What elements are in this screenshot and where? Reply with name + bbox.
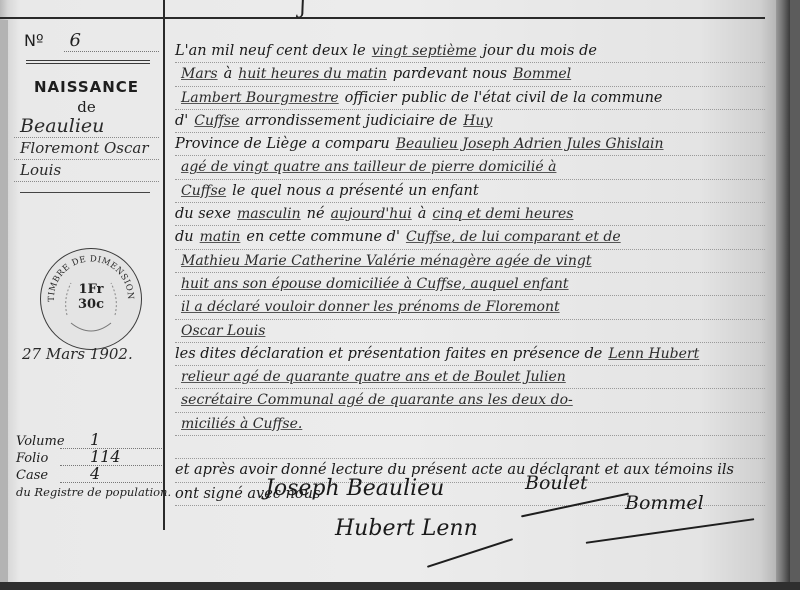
body-line: Mathieu Marie Catherine Valérie ménagère… <box>175 250 765 273</box>
naissance-heading: NAISSANCE <box>14 78 159 96</box>
printed-text: Province de Liège a comparu <box>175 136 390 152</box>
record-number: Nº 6 <box>24 30 159 52</box>
surname: Beaulieu <box>14 116 159 138</box>
body-line: d'Cuffsearrondissement judiciaire deHuy <box>175 110 765 133</box>
registry-row: Volume 1 <box>16 432 162 449</box>
stamp-value: 1Fr 30c <box>41 282 141 312</box>
handwritten-text: Mathieu Marie Catherine Valérie ménagère… <box>181 253 592 269</box>
registry-label: Case <box>16 468 60 483</box>
number-value: 6 <box>64 30 159 52</box>
handwritten-text: agé de vingt quatre ans tailleur de pier… <box>181 159 556 175</box>
handwritten-text: Cuffse, de lui comparant et de <box>406 229 621 245</box>
body-line: agé de vingt quatre ans tailleur de pier… <box>175 156 765 179</box>
handwritten-text: cinq et demi heures <box>432 206 573 222</box>
registry-value: 4 <box>60 466 162 483</box>
de-label: de <box>14 98 159 116</box>
printed-text: à <box>418 206 427 222</box>
handwritten-text: aujourd'hui <box>331 206 412 222</box>
handwritten-text: miciliés à Cuffse. <box>181 416 302 432</box>
printed-text: du sexe <box>175 206 231 222</box>
body-line: dumatinen cette commune d'Cuffse, de lui… <box>175 226 765 249</box>
handwritten-text: Mars <box>181 66 218 82</box>
signature-officer: Bommel <box>625 492 704 514</box>
body-line: L'an mil neuf cent deux levingt septième… <box>175 40 765 63</box>
registry-value: 114 <box>60 449 162 466</box>
bottom-edge <box>0 582 800 590</box>
handwritten-text: huit ans son épouse domiciliée à Cuffse,… <box>181 276 569 292</box>
handwritten-text: Beaulieu Joseph Adrien Jules Ghislain <box>396 136 664 152</box>
signature-witness-boulet: Boulet <box>525 472 588 494</box>
registry-label: Volume <box>16 434 60 449</box>
stamp-value-francs: 1Fr <box>41 282 141 297</box>
signature-flourish <box>427 538 513 568</box>
printed-text: en cette commune d' <box>246 229 400 245</box>
body-line: Lambert Bourgmestreofficier public de l'… <box>175 87 765 110</box>
body-line: Oscar Louis <box>175 320 765 343</box>
registry-row: Case 4 <box>16 466 162 483</box>
signature-flourish <box>521 493 629 518</box>
binding-strip <box>0 20 8 585</box>
handwritten-text: Lenn Hubert <box>608 346 699 362</box>
number-label: Nº <box>24 31 44 50</box>
registry-label: Folio <box>16 451 60 466</box>
body-line: du sexemasculinnéaujourd'huiàcinq et dem… <box>175 203 765 226</box>
population-registry: Volume 1 Folio 114 Case 4 du Registre de… <box>16 432 162 499</box>
handwritten-text: matin <box>200 229 241 245</box>
stamp-value-centimes: 30c <box>41 297 141 312</box>
body-line: miciliés à Cuffse. <box>175 413 765 436</box>
handwritten-text: relieur agé de quarante quatre ans et de… <box>181 369 566 385</box>
signature-witness-lenn: Hubert Lenn <box>335 516 478 541</box>
printed-text: d' <box>175 113 188 129</box>
signature-declarant: Joseph Beaulieu <box>265 476 444 501</box>
margin-column: Nº 6 NAISSANCE de Beaulieu Floremont Osc… <box>14 30 159 193</box>
registry-footer: du Registre de population. <box>16 485 162 499</box>
double-rule <box>26 60 150 64</box>
printed-text: les dites déclaration et présentation fa… <box>175 346 602 362</box>
handwritten-text: Oscar Louis <box>181 323 265 339</box>
body-line: Cuffsele quel nous a présenté un enfant <box>175 180 765 203</box>
handwritten-text: Cuffse <box>194 113 239 129</box>
body-line: Province de Liège a comparuBeaulieu Jose… <box>175 133 765 156</box>
body-line <box>175 436 765 459</box>
handwritten-text: masculin <box>237 206 301 222</box>
page-edge <box>776 0 790 590</box>
printed-text: arrondissement judiciaire de <box>245 113 457 129</box>
margin-date: 27 Mars 1902. <box>22 345 133 363</box>
handwritten-text: vingt septième <box>372 43 477 59</box>
printed-text: jour du mois de <box>483 43 597 59</box>
tax-stamp: TIMBRE DE DIMENSION 1Fr 30c <box>40 248 142 350</box>
handwritten-text: Cuffse <box>181 183 226 199</box>
body-line: relieur agé de quarante quatre ans et de… <box>175 366 765 389</box>
registry-row: Folio 114 <box>16 449 162 466</box>
handwritten-text: il a déclaré vouloir donner les prénoms … <box>181 299 560 315</box>
given-names-1: Floremont Oscar <box>14 138 159 160</box>
printed-text: le quel nous a présenté un enfant <box>232 183 479 199</box>
top-scrawl: ʃ <box>300 0 306 19</box>
printed-text: à <box>224 66 233 82</box>
printed-text: né <box>307 206 325 222</box>
body-line: huit ans son épouse domiciliée à Cuffse,… <box>175 273 765 296</box>
printed-text: officier public de l'état civil de la co… <box>345 90 663 106</box>
given-names-2: Louis <box>14 160 159 182</box>
printed-text: L'an mil neuf cent deux le <box>175 43 366 59</box>
handwritten-text: Bommel <box>513 66 571 82</box>
act-body: L'an mil neuf cent deux levingt septième… <box>175 40 765 506</box>
printed-text: pardevant nous <box>393 66 507 82</box>
body-line: il a déclaré vouloir donner les prénoms … <box>175 296 765 319</box>
column-divider <box>163 0 165 530</box>
handwritten-text: Huy <box>463 113 492 129</box>
top-rule <box>0 17 765 19</box>
handwritten-text: huit heures du matin <box>238 66 387 82</box>
body-line: Marsàhuit heures du matinpardevant nousB… <box>175 63 765 86</box>
body-line: les dites déclaration et présentation fa… <box>175 343 765 366</box>
register-page: ʃ Nº 6 NAISSANCE de Beaulieu Floremont O… <box>0 0 790 585</box>
signatures-area: Joseph Beaulieu Boulet Hubert Lenn Bomme… <box>255 468 775 578</box>
handwritten-text: Lambert Bourgmestre <box>181 90 339 106</box>
signature-flourish <box>586 518 755 544</box>
margin-rule <box>20 192 150 193</box>
handwritten-text: secrétaire Communal agé de quarante ans … <box>181 392 573 408</box>
body-line: secrétaire Communal agé de quarante ans … <box>175 389 765 412</box>
printed-text: du <box>175 229 194 245</box>
